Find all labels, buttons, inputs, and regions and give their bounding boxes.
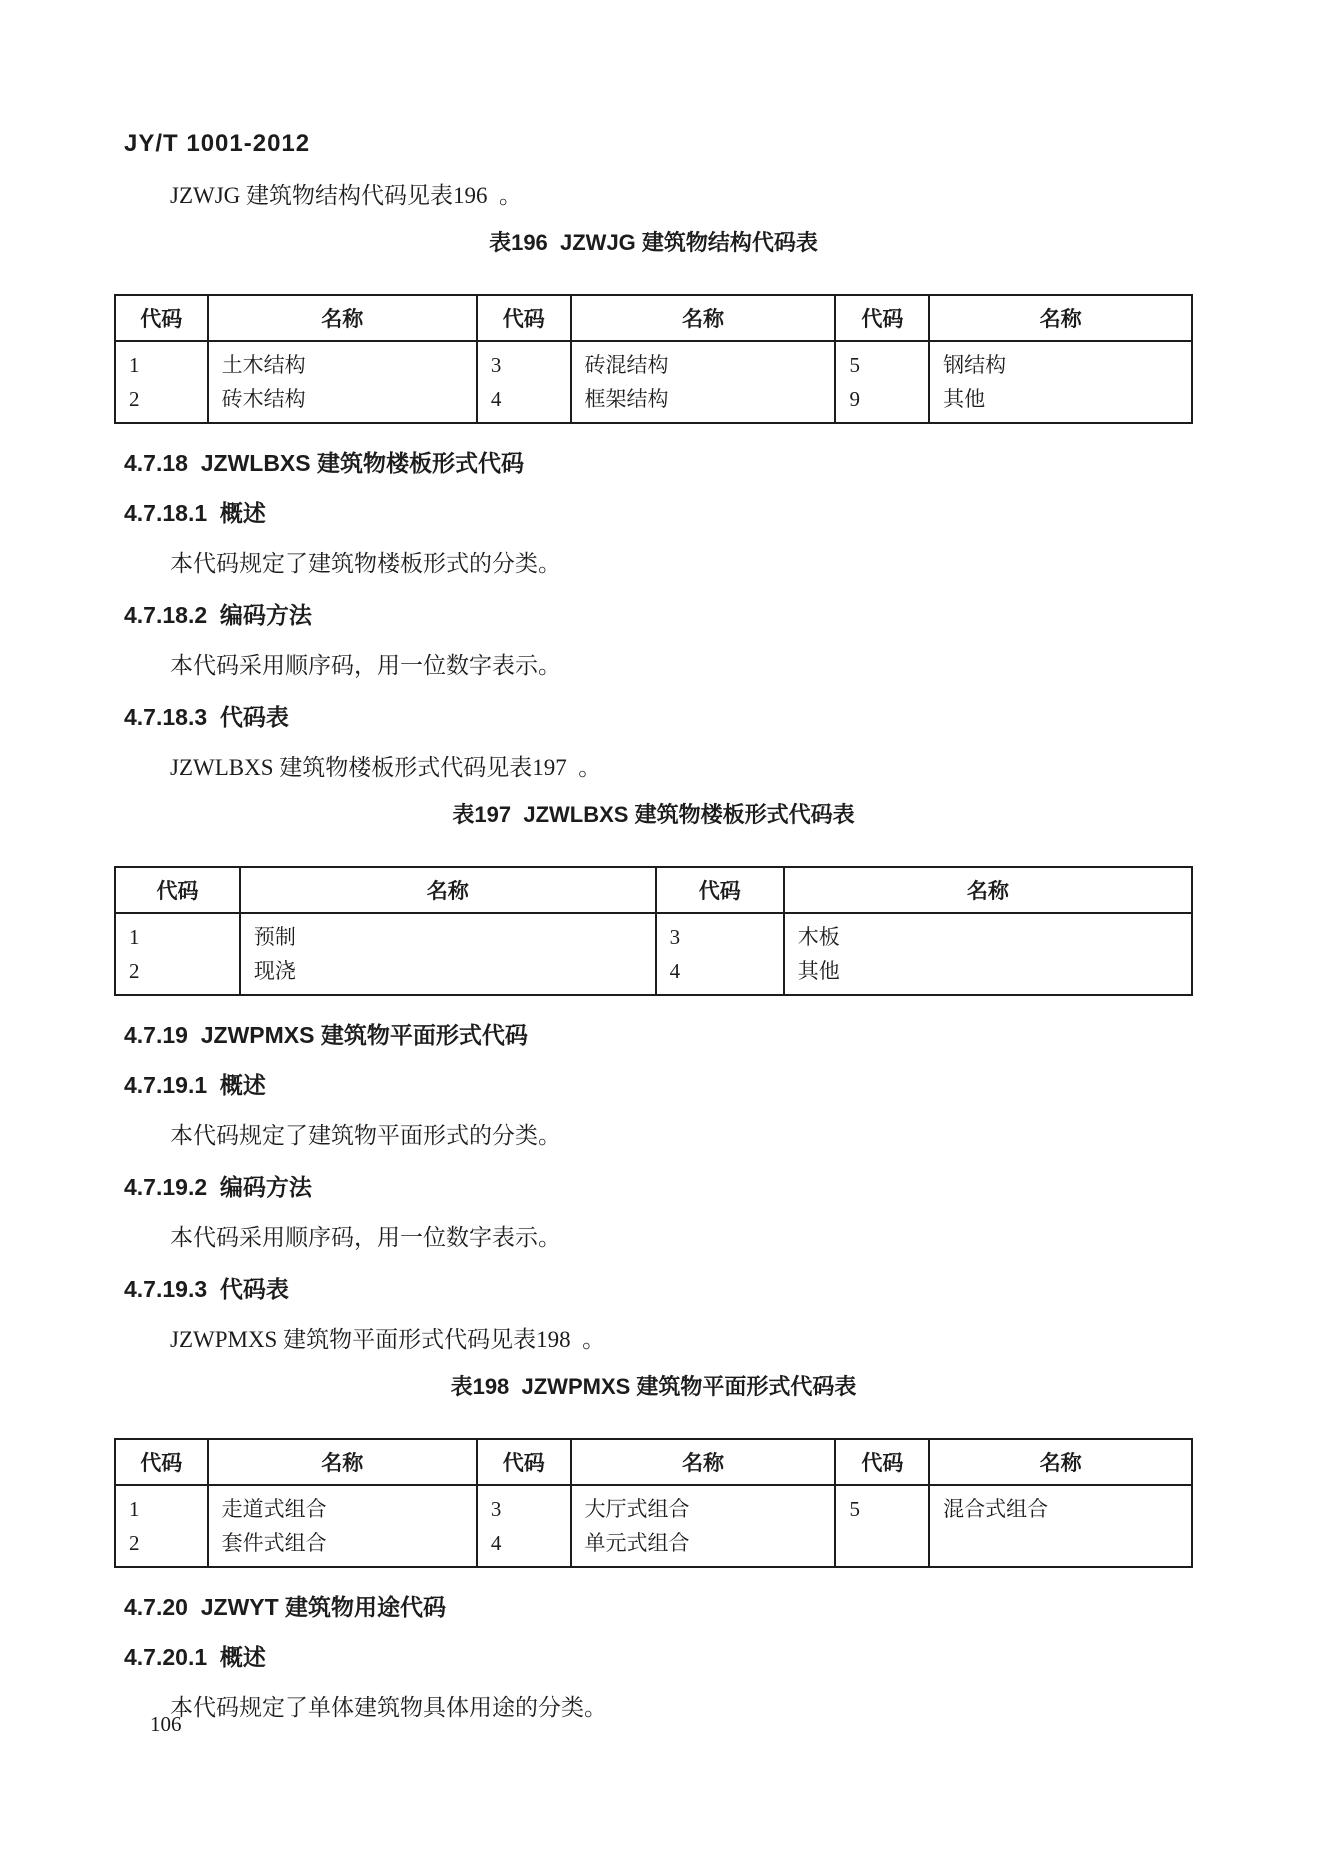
- table-header-cell: 代码: [115, 867, 240, 913]
- paragraph: 本代码采用顺序码，用一位数字表示。: [114, 650, 1193, 682]
- table-cell: 4: [477, 382, 571, 423]
- section-heading-4-7-19-2: 4.7.19.2 编码方法: [124, 1172, 1193, 1202]
- table-cell: 4: [477, 1526, 571, 1567]
- table-header-cell: 名称: [929, 1439, 1192, 1485]
- table-header-cell: 代码: [115, 295, 208, 341]
- table-cell: 砖混结构: [571, 341, 836, 382]
- table-cell: 土木结构: [208, 341, 477, 382]
- table-cell: 5: [835, 1485, 929, 1526]
- table-row: 2 套件式组合 4 单元式组合: [115, 1526, 1192, 1567]
- table-header-cell: 名称: [929, 295, 1192, 341]
- table-row: 1 土木结构 3 砖混结构 5 钢结构: [115, 341, 1192, 382]
- table-cell: 3: [477, 1485, 571, 1526]
- page-content: JY/T 1001-2012 JZWJG 建筑物结构代码见表196 。 表196…: [0, 0, 1323, 1724]
- table-header-cell: 名称: [571, 295, 836, 341]
- table-header-cell: 代码: [656, 867, 784, 913]
- doc-number: JY/T 1001-2012: [124, 128, 1193, 160]
- table-cell: 其他: [784, 954, 1192, 995]
- table-header-cell: 名称: [208, 295, 477, 341]
- table-cell: 混合式组合: [929, 1485, 1192, 1526]
- lead-paragraph: JZWJG 建筑物结构代码见表196 。: [114, 180, 1193, 212]
- table-cell: 单元式组合: [571, 1526, 836, 1567]
- table-197: 代码 名称 代码 名称 1 预制 3 木板 2 现浇 4 其他: [114, 866, 1193, 996]
- table-cell: 其他: [929, 382, 1192, 423]
- paragraph: JZWPMXS 建筑物平面形式代码见表198 。: [114, 1324, 1193, 1356]
- table-cell: 1: [115, 341, 208, 382]
- table-cell: 木板: [784, 913, 1192, 954]
- table-198-caption: 表198 JZWPMXS 建筑物平面形式代码表: [114, 1372, 1193, 1402]
- page-number: 106: [150, 1712, 182, 1737]
- table-cell: 大厅式组合: [571, 1485, 836, 1526]
- table-cell: 9: [835, 382, 929, 423]
- table-196-caption: 表196 JZWJG 建筑物结构代码表: [114, 228, 1193, 258]
- table-header-cell: 代码: [835, 1439, 929, 1485]
- table-cell: 走道式组合: [208, 1485, 477, 1526]
- table-cell: 套件式组合: [208, 1526, 477, 1567]
- table-cell: [835, 1526, 929, 1567]
- table-cell: 2: [115, 382, 208, 423]
- table-header-row: 代码 名称 代码 名称 代码 名称: [115, 295, 1192, 341]
- table-196: 代码 名称 代码 名称 代码 名称 1 土木结构 3 砖混结构 5 钢结构: [114, 294, 1193, 424]
- document-page: JY/T 1001-2012 JZWJG 建筑物结构代码见表196 。 表196…: [0, 0, 1323, 1871]
- section-heading-4-7-19-1: 4.7.19.1 概述: [124, 1070, 1193, 1100]
- section-heading-4-7-18-2: 4.7.18.2 编码方法: [124, 600, 1193, 630]
- paragraph: 本代码规定了建筑物楼板形式的分类。: [114, 548, 1193, 580]
- table-cell: 2: [115, 954, 240, 995]
- table-cell: 3: [477, 341, 571, 382]
- paragraph: 本代码采用顺序码，用一位数字表示。: [114, 1222, 1193, 1254]
- table-header-cell: 名称: [208, 1439, 477, 1485]
- section-heading-4-7-18: 4.7.18 JZWLBXS 建筑物楼板形式代码: [124, 448, 1193, 478]
- table-cell: 预制: [240, 913, 656, 954]
- table-header-cell: 代码: [477, 295, 571, 341]
- paragraph: JZWLBXS 建筑物楼板形式代码见表197 。: [114, 752, 1193, 784]
- table-cell: 1: [115, 1485, 208, 1526]
- table-header-cell: 名称: [571, 1439, 836, 1485]
- section-heading-4-7-19-3: 4.7.19.3 代码表: [124, 1274, 1193, 1304]
- table-row: 2 砖木结构 4 框架结构 9 其他: [115, 382, 1192, 423]
- table-cell: 钢结构: [929, 341, 1192, 382]
- table-cell: 3: [656, 913, 784, 954]
- table-row: 1 预制 3 木板: [115, 913, 1192, 954]
- section-heading-4-7-18-1: 4.7.18.1 概述: [124, 498, 1193, 528]
- table-cell: 1: [115, 913, 240, 954]
- paragraph: 本代码规定了建筑物平面形式的分类。: [114, 1120, 1193, 1152]
- paragraph: 本代码规定了单体建筑物具体用途的分类。: [114, 1692, 1193, 1724]
- table-header-cell: 代码: [835, 295, 929, 341]
- table-198: 代码 名称 代码 名称 代码 名称 1 走道式组合 3 大厅式组合 5 混合式组…: [114, 1438, 1193, 1568]
- section-heading-4-7-19: 4.7.19 JZWPMXS 建筑物平面形式代码: [124, 1020, 1193, 1050]
- table-header-cell: 代码: [115, 1439, 208, 1485]
- table-cell: 砖木结构: [208, 382, 477, 423]
- table-row: 2 现浇 4 其他: [115, 954, 1192, 995]
- table-header-cell: 名称: [240, 867, 656, 913]
- table-cell: 4: [656, 954, 784, 995]
- table-header-row: 代码 名称 代码 名称 代码 名称: [115, 1439, 1192, 1485]
- section-heading-4-7-20-1: 4.7.20.1 概述: [124, 1642, 1193, 1672]
- table-row: 1 走道式组合 3 大厅式组合 5 混合式组合: [115, 1485, 1192, 1526]
- table-cell: 框架结构: [571, 382, 836, 423]
- table-197-caption: 表197 JZWLBXS 建筑物楼板形式代码表: [114, 800, 1193, 830]
- table-header-cell: 名称: [784, 867, 1192, 913]
- section-heading-4-7-20: 4.7.20 JZWYT 建筑物用途代码: [124, 1592, 1193, 1622]
- table-cell: 现浇: [240, 954, 656, 995]
- table-cell: 5: [835, 341, 929, 382]
- table-header-cell: 代码: [477, 1439, 571, 1485]
- table-header-row: 代码 名称 代码 名称: [115, 867, 1192, 913]
- table-cell: [929, 1526, 1192, 1567]
- table-cell: 2: [115, 1526, 208, 1567]
- section-heading-4-7-18-3: 4.7.18.3 代码表: [124, 702, 1193, 732]
